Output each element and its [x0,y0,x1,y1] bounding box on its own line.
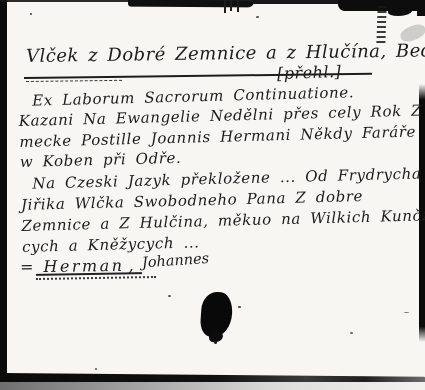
scan-edge-left [0,0,7,383]
dust-speck [238,306,241,308]
dust-speck [214,341,217,344]
scan-top-blotch [388,7,412,16]
annotation-prehl: [přehl.] [277,62,342,83]
dust-speck [350,332,353,334]
dust-speck [30,13,32,15]
scan-fold-smudge [376,6,386,44]
body-text: Ex Laborum Sacrorum Continuatione. Kazan… [18,81,425,252]
scan-hatch-mark [237,0,239,12]
scan-corner-top-right [417,0,425,16]
body-line-4: w Koben při Odře. [20,149,182,171]
dust-speck [168,295,171,297]
scan-hatch-mark [230,0,232,11]
dust-speck [404,312,409,313]
dust-speck [256,16,259,18]
scanned-catalog-card: Vlček z Dobré Zemnice a z Hlučína, Bedři… [0,0,425,390]
scan-hatch-mark [224,0,226,13]
reference-equals: = [20,257,34,276]
reference-forename: Johannes [141,251,209,271]
title-underline-dashed [26,80,122,82]
scan-top-band [252,0,344,4]
card-title: Vlček z Dobré Zemnice a z Hlučína, Bedři… [26,39,425,67]
reference-underline-dashed [36,276,156,280]
dust-speck [95,368,97,370]
scan-top-band [128,0,254,7]
scan-edge-bottom-shadow [0,382,425,390]
